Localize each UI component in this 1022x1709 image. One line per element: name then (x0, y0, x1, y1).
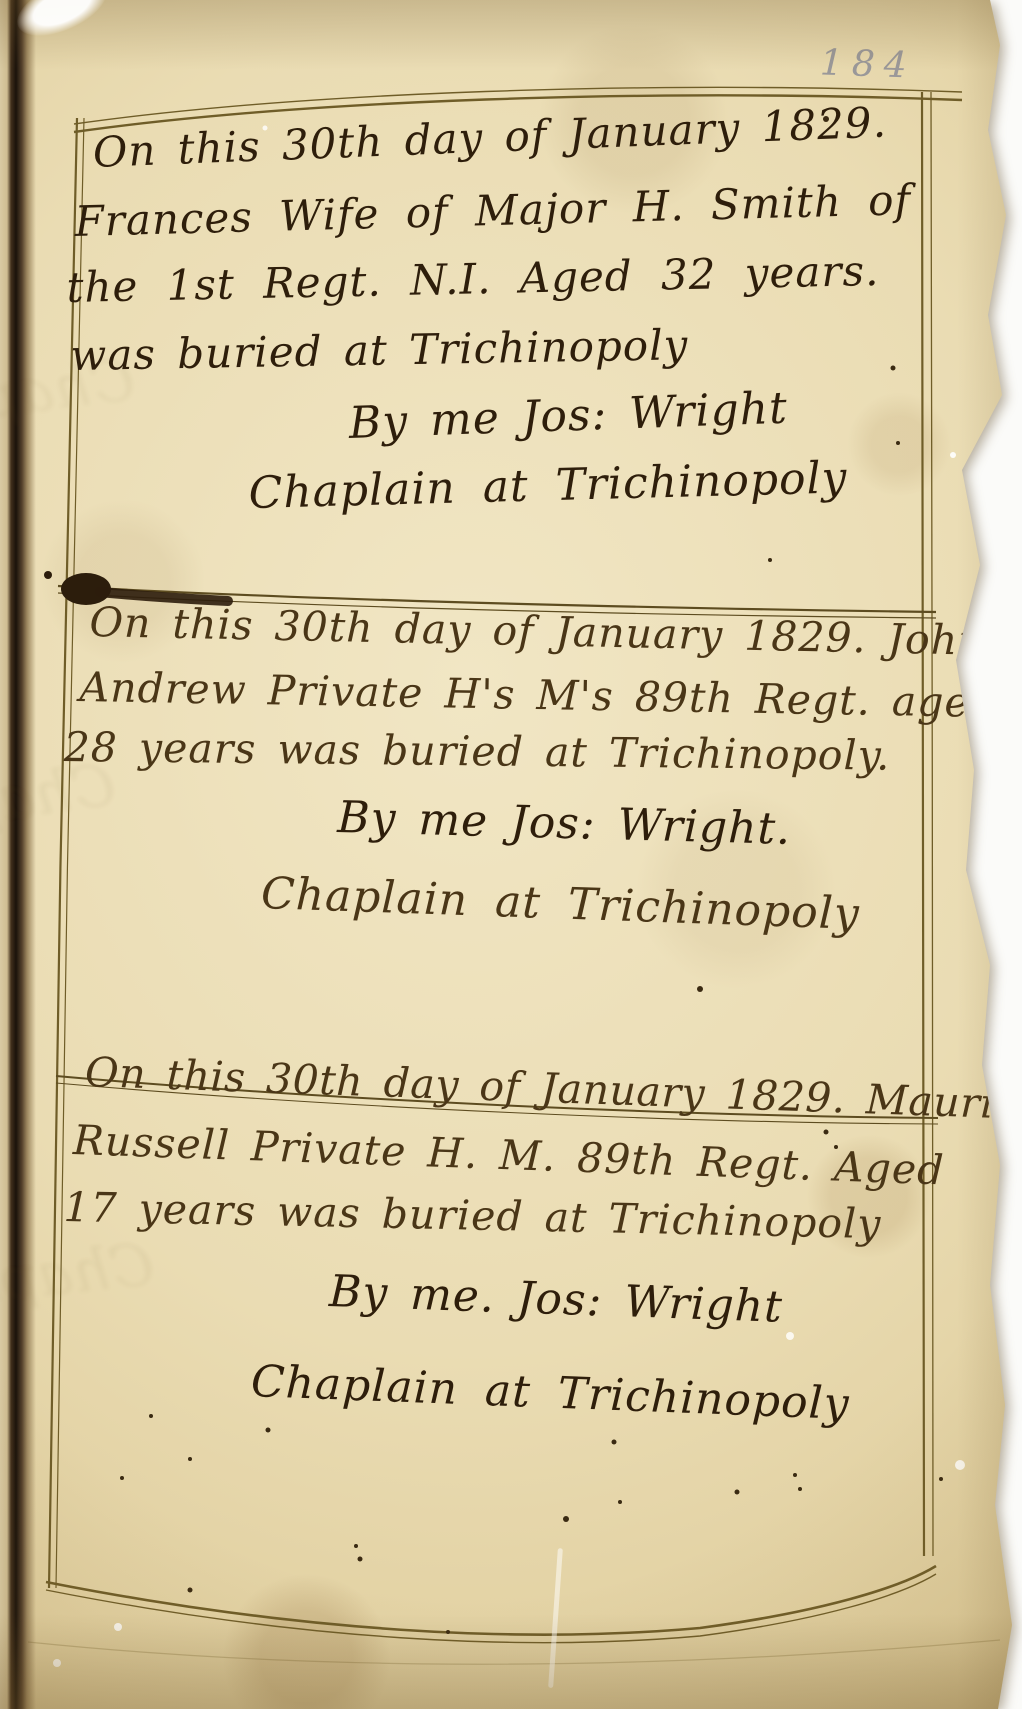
entry-2-attestation: By me Jos: Wright. (337, 792, 792, 855)
entry-2-line-2: Andrew Private H's M's 89th Regt. aged (79, 663, 997, 727)
entry-1-line-1: On this 30th day of January 1829. (92, 98, 888, 177)
entry-1-line-4: was buried at Trichinopoly (70, 320, 689, 380)
entry-3-attestation: By me. Jos: Wright (328, 1266, 783, 1333)
paper-shadow: Chaplain at Trichinopoly Chaplain at Tri… (0, 0, 1022, 1709)
entry-1-line-2: Frances Wife of Major H. Smith of (74, 175, 912, 246)
book-binding-edge (0, 0, 36, 1709)
entry-1-line-3: the 1st Regt. N.I. Aged 32 years. (66, 246, 880, 312)
entry-3-line-2: Russell Private H. M. 89th Regt. Aged (72, 1116, 945, 1194)
scanned-register-page: Chaplain at Trichinopoly Chaplain at Tri… (0, 0, 1022, 1709)
entry-3-line-3: 17 years was buried at Trichinopoly (63, 1183, 882, 1248)
entry-2-line-1: On this 30th day of January 1829. John (89, 598, 986, 665)
entry-1-attestation-title: Chaplain at Trichinopoly (248, 452, 848, 519)
paper-sheet: Chaplain at Trichinopoly Chaplain at Tri… (0, 0, 1022, 1709)
entry-1-attestation: By me Jos: Wright (348, 383, 788, 449)
entry-2-line-3: 28 years was buried at Trichinopoly. (63, 723, 890, 780)
entry-3-attestation-title: Chaplain at Trichinopoly (250, 1356, 850, 1430)
page-number: 184 (819, 42, 916, 86)
entry-2-attestation-title: Chaplain at Trichinopoly (260, 868, 860, 940)
entry-3-line-1: On this 30th day of January 1829. Mauric… (84, 1048, 1022, 1129)
